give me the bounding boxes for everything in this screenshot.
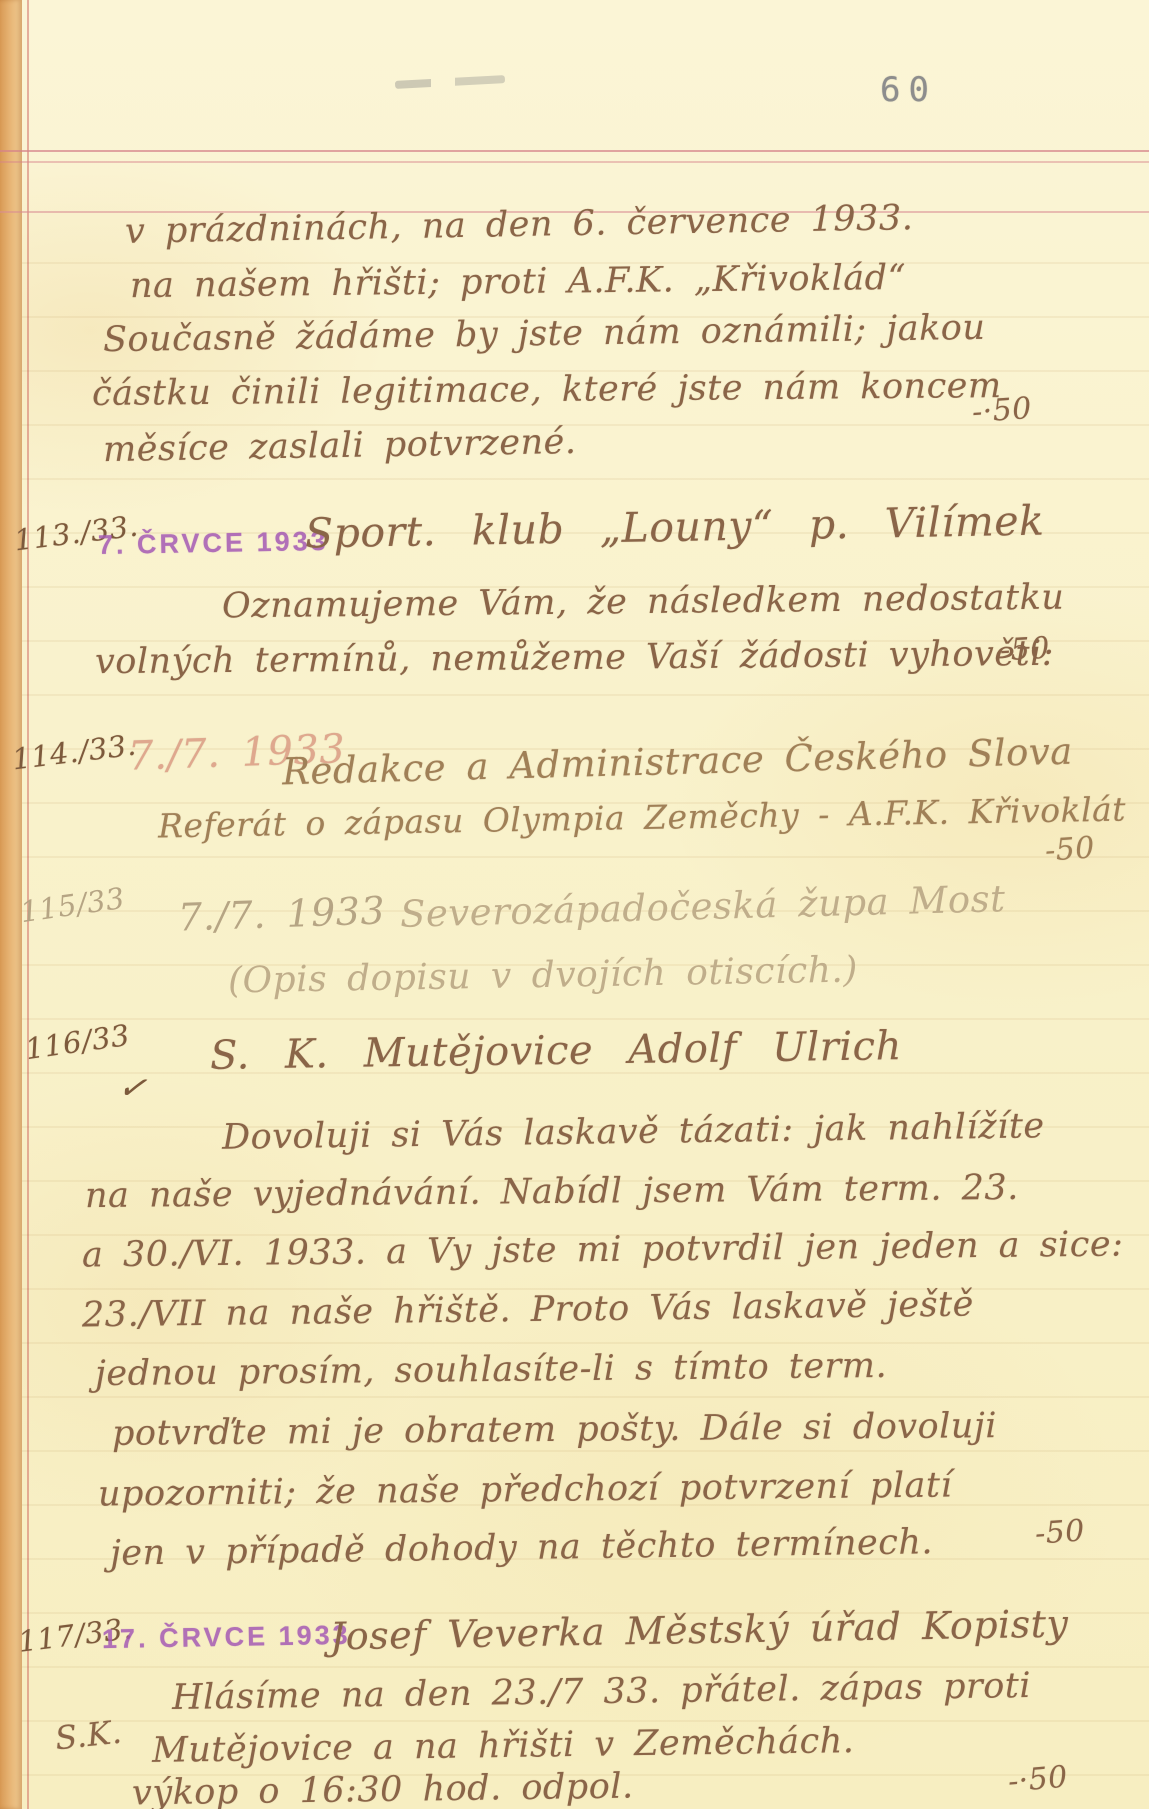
handwritten-line: na naše vyjednávání. Nabídl jsem Vám ter…: [85, 1168, 1019, 1216]
entry-number: 116/33: [23, 1018, 132, 1066]
entry-number: 114./33.: [10, 728, 138, 777]
handwritten-line: Dovoluji si Vás laskavě tázati: jak nahl…: [222, 1106, 1045, 1157]
handwritten-line: potvrďte mi je obratem pošty. Dále si do…: [112, 1406, 997, 1454]
handwritten-line: částku činili legitimace, které jste nám…: [92, 366, 1002, 414]
entry-heading: Josef Veverka Městský úřad Kopisty: [330, 1602, 1069, 1659]
entry-heading: Sport. klub „Louny“ p. Vilímek: [305, 497, 1045, 558]
entry-heading: Severozápadočeská župa Most: [400, 877, 1006, 936]
fee-amount: -50: [999, 631, 1051, 669]
handwritten-line: na našem hřišti; proti A.F.K. „Křivoklád…: [130, 258, 906, 306]
handwritten-line: v prázdninách, na den 6. července 1933.: [125, 198, 914, 252]
handwritten-line: a 30./VI. 1933. a Vy jste mi potvrdil je…: [82, 1225, 1124, 1276]
fee-amount: -50: [1044, 830, 1096, 868]
handwritten-line: volných termínů, nemůžeme Vaší žádosti v…: [95, 634, 1054, 682]
sk-prefix: S.K.: [53, 1713, 124, 1758]
fee-amount: -50: [1034, 1513, 1086, 1551]
header-rule-double: [0, 150, 1149, 163]
handwritten-line: výkop o 16:30 hod. odpol.: [132, 1767, 634, 1809]
handwritten-line: Referát o zápasu Olympia Zeměchy - A.F.K…: [158, 790, 1127, 846]
handwritten-line: Mutějovice a na hřišti v Zeměchách.: [152, 1721, 855, 1771]
check-mark: ✓: [115, 1066, 149, 1110]
handwritten-line: upozorniti; že naše předchozí potvrzení …: [98, 1466, 953, 1515]
ledger-page: 60 v prázdninách, na den 6. července 193…: [0, 0, 1149, 1809]
fee-amount: -·50: [1007, 1759, 1070, 1799]
entry-heading: Redakce a Administrace Českého Slova: [282, 730, 1074, 794]
entry-heading: S. K. Mutějovice Adolf Ulrich: [210, 1023, 902, 1079]
handwritten-line: Současně žádáme by jste nám oznámili; ja…: [103, 308, 986, 360]
handwritten-line: Hlásíme na den 23./7 33. přátel. zápas p…: [172, 1666, 1032, 1718]
handwritten-line: 23./VII na naše hřiště. Proto Vás laskav…: [82, 1285, 974, 1336]
handwritten-line: (Opis dopisu v dvojích otiscích.): [228, 950, 858, 1002]
handwritten-date: 7./7. 1933: [177, 888, 386, 939]
pencil-smudge: [395, 75, 505, 89]
handwritten-line: měsíce zaslali potvrzené.: [103, 422, 577, 470]
handwritten-line: Oznamujeme Vám, že následkem nedostatku: [222, 578, 1065, 627]
date-stamp: 7. ČRVCE 1933: [98, 526, 329, 561]
fee-amount: -·50: [971, 391, 1033, 430]
handwritten-line: jednou prosím, souhlasíte-li s tímto ter…: [95, 1346, 888, 1394]
handwritten-line: jen v případě dohody na těchto termínech…: [110, 1522, 933, 1573]
entry-number: 115/33: [18, 881, 127, 929]
page-number-stamp: 60: [880, 70, 937, 110]
date-stamp: 17. ČRVCE 1933: [102, 1620, 351, 1655]
